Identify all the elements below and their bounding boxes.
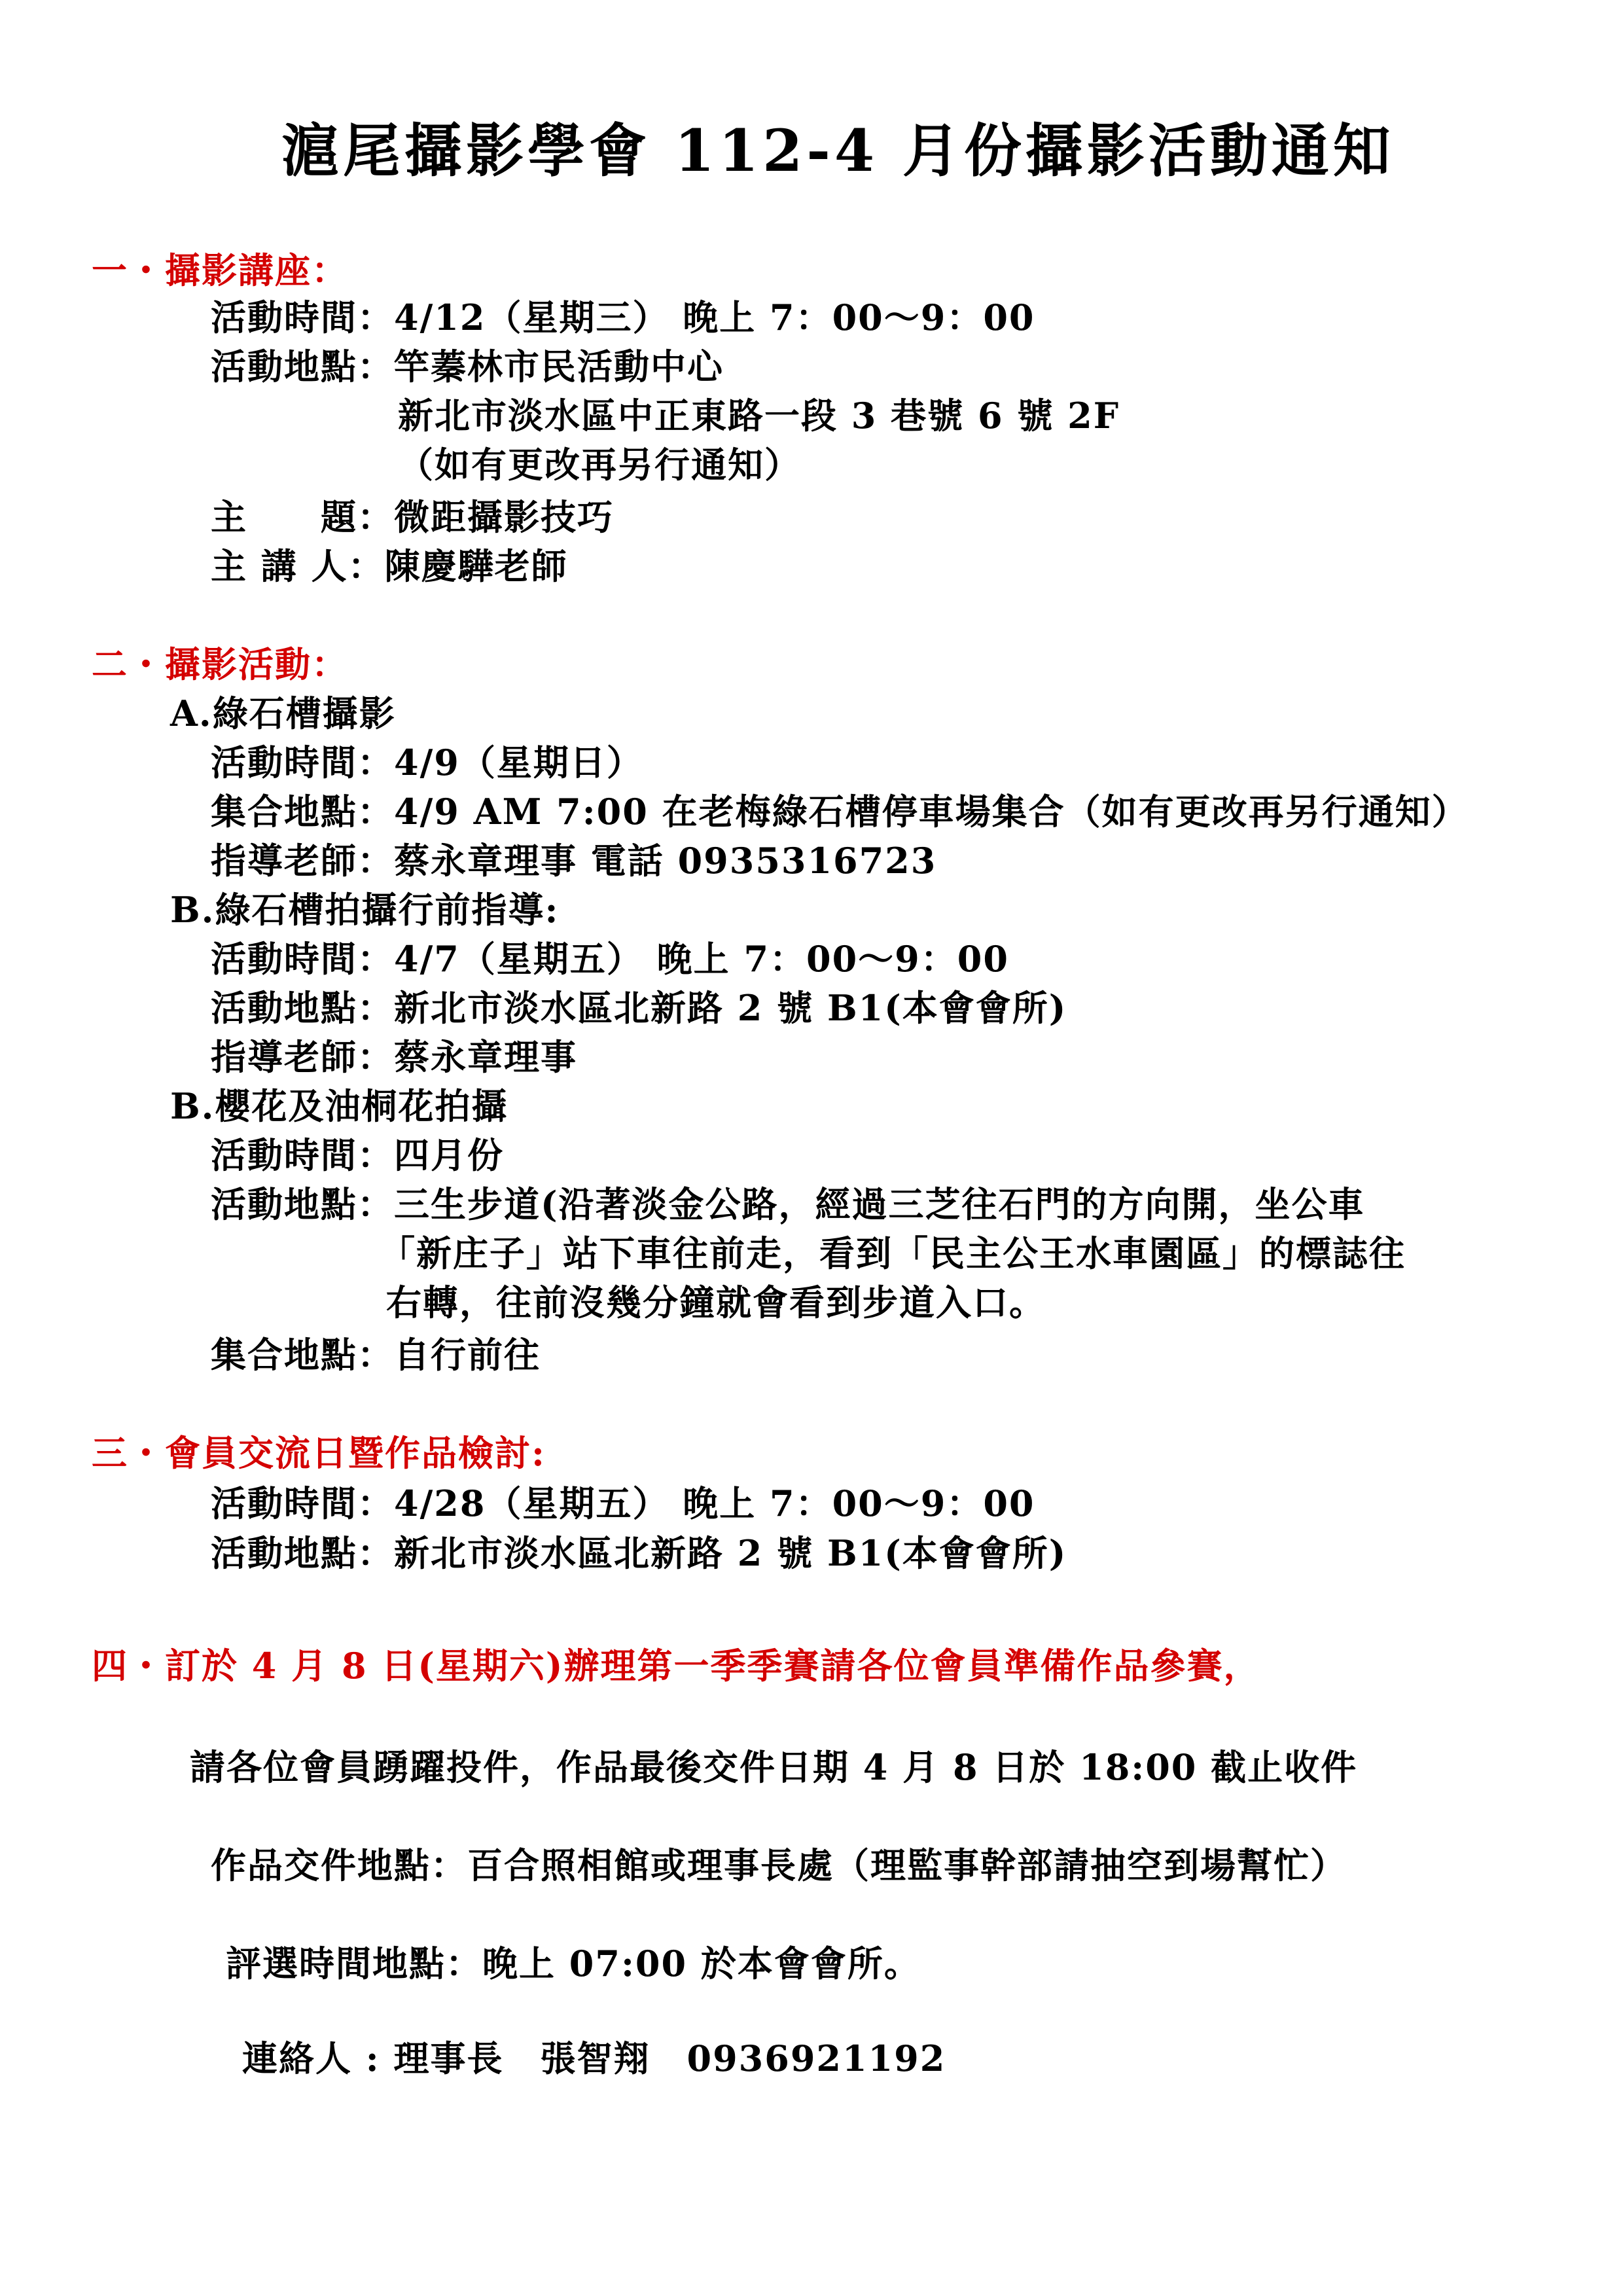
section2-b-time: 活動時間：4/7（星期五） 晚上 7：00～9：00 [211,936,1009,982]
section3-place: 活動地點：新北市淡水區北新路 2 號 B1(本會會所) [211,1530,1067,1576]
section3-heading: 三・會員交流日暨作品檢討: [92,1430,546,1476]
section3-time: 活動時間：4/28（星期五） 晚上 7：00～9：00 [211,1480,1035,1526]
section2-b-teacher: 指導老師：蔡永章理事 [211,1034,577,1080]
section2-a-title: A.綠石槽攝影 [170,691,396,736]
section2-c-title: B.櫻花及油桐花拍攝 [170,1083,508,1129]
section2-c-time: 活動時間：四月份 [211,1132,504,1178]
section4-submit: 請各位會員踴躍投件，作品最後交件日期 4 月 8 日於 18:00 截止收件 [190,1744,1357,1790]
section1-place: 活動地點：竿蓁林市民活動中心 [211,344,724,389]
section2-a-meet: 集合地點：4/9 AM 7:00 在老梅綠石槽停車場集合（如有更改再另行通知） [211,789,1469,834]
section2-b-place: 活動地點：新北市淡水區北新路 2 號 B1(本會會所) [211,985,1067,1031]
section2-heading: 二・攝影活動： [92,641,348,687]
section4-heading: 四・訂於 4 月 8 日(星期六)辦理第一季季賽請各位會員準備作品參賽， [92,1643,1260,1689]
section4-contact: 連絡人 : 理事長 張智翔 0936921192 [242,2036,946,2081]
section1-heading: 一・攝影講座： [92,247,348,293]
section2-a-time: 活動時間：4/9（星期日） [211,740,643,785]
section1-time: 活動時間：4/12（星期三） 晚上 7：00～9：00 [211,295,1035,340]
page-title: 滬尾攝影學會 112-4 月份攝影活動通知 [281,111,1459,190]
section2-c-place-line3: 右轉，往前沒幾分鐘就會看到步道入口。 [386,1280,1046,1325]
section4-judging: 評選時間地點：晚上 07:00 於本會會所。 [226,1941,921,1986]
section4-location: 作品交件地點：百合照相館或理事長處（理監事幹部請抽空到場幫忙） [211,1842,1347,1888]
section1-speaker: 主 講 人：陳慶驊老師 [211,543,568,589]
section2-a-teacher: 指導老師：蔡永章理事 電話 0935316723 [211,838,936,884]
notice-page: 滬尾攝影學會 112-4 月份攝影活動通知 一・攝影講座： 活動時間：4/12（… [0,0,1623,2296]
section2-c-place-line1: 活動地點：三生步道(沿著淡金公路，經過三芝往石門的方向開，坐公車 [211,1181,1365,1227]
section2-c-meet: 集合地點：自行前往 [211,1332,541,1378]
section2-c-place-line2: 「新庄子」站下車往前走，看到「民主公王水車園區」的標誌往 [380,1230,1406,1276]
section1-note: （如有更改再另行通知） [398,442,801,488]
section2-b-title: B.綠石槽拍攝行前指導: [170,887,559,933]
section1-topic: 主 題：微距攝影技巧 [211,494,614,540]
section1-address: 新北市淡水區中正東路一段 3 巷號 6 號 2F [398,393,1120,439]
